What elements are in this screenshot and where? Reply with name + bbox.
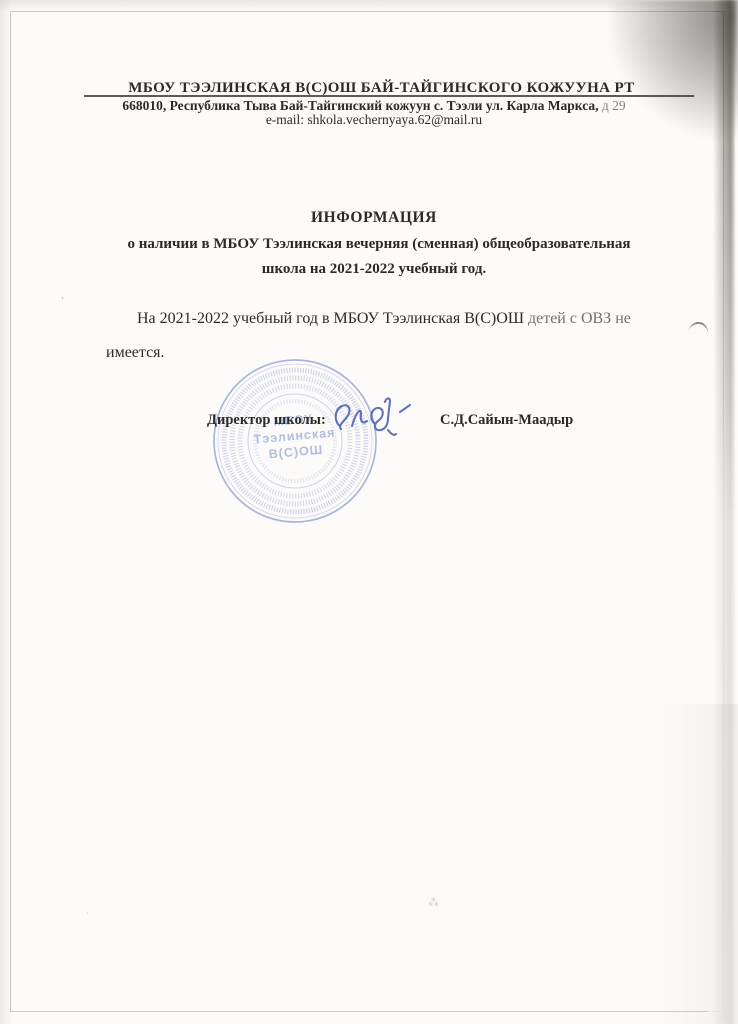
body-paragraph-line1: На 2021-2022 учебный год в МБОУ Тээлинск… (137, 310, 631, 328)
scan-speck: ⁂ (428, 896, 439, 909)
document-title: ИНФОРМАЦИЯ (40, 209, 708, 227)
document-subtitle-line1: о наличии в МБОУ Тээлинская вечерняя (см… (40, 236, 718, 253)
scan-speck: ’ (61, 296, 64, 307)
scan-bottom-right-shadow (658, 704, 738, 1024)
body-line1-main: На 2021-2022 учебный год в МБОУ Тээлинск… (137, 310, 528, 327)
director-role-label: Директор школы: (207, 412, 326, 429)
body-line1-faded: детей с ОВЗ не (528, 310, 631, 327)
stamp-center-line3: В(С)ОШ (268, 443, 324, 462)
scanned-document-page: МБОУ ТЭЭЛИНСКАЯ В(С)ОШ БАЙ-ТАЙГИНСКОГО К… (0, 0, 738, 1024)
letterhead-rule (84, 95, 694, 97)
pen-scratch-mark (688, 321, 710, 336)
scan-speck: · (86, 908, 89, 918)
address-main: 668010, Республика Тыва Бай-Тайгинский к… (122, 98, 602, 113)
handwritten-signature (328, 386, 414, 444)
body-paragraph-line2: имеется. (106, 344, 165, 362)
document-subtitle-line2: школа на 2021-2022 учебный год. (40, 261, 708, 278)
address-unit: д 29 (602, 98, 626, 113)
signatory-name: С.Д.Сайын-Маадыр (440, 412, 573, 429)
email-line: e-mail: shkola.vechernyaya.62@mail.ru (40, 112, 708, 128)
scan-left-shadow (0, 0, 12, 1024)
